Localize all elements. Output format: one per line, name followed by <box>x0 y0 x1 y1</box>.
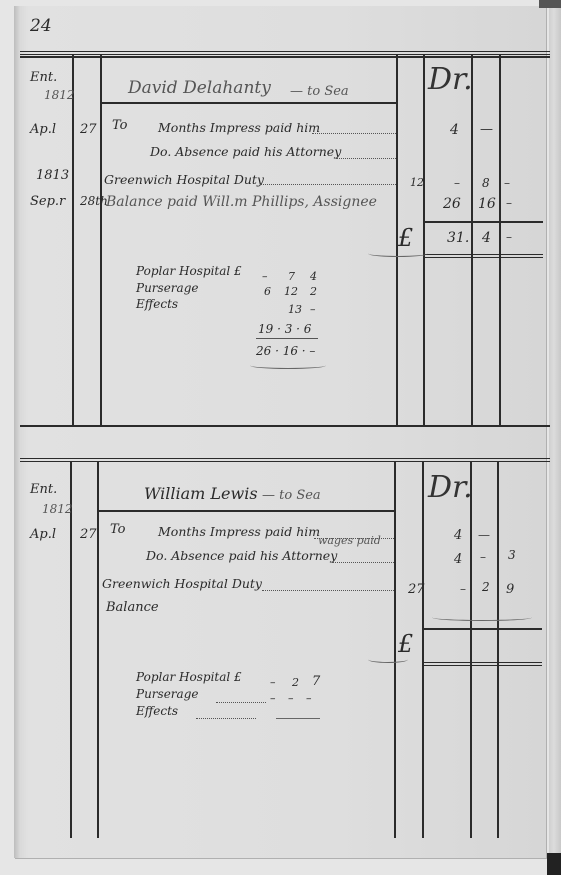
sum-rule <box>423 221 543 223</box>
total-shillings: 4 <box>482 230 491 246</box>
memo-pounds: 6 <box>264 285 271 298</box>
memo-label: Purserage <box>136 687 198 701</box>
column-divider-pounds <box>471 55 473 425</box>
total-rule-double <box>422 662 542 666</box>
leader-dots <box>312 133 396 134</box>
memo-total: 26 · 16 · – <box>256 344 315 358</box>
column-divider-date <box>72 55 74 425</box>
memo-shillings: 2 <box>292 676 299 689</box>
line-pounds: 4 <box>450 122 459 138</box>
leader-dots <box>260 184 396 185</box>
leader-dots <box>196 718 256 719</box>
line-pence: 3 <box>508 548 516 562</box>
flourish <box>368 656 408 663</box>
column-divider-date <box>70 462 72 838</box>
line-pence: 9 <box>506 582 514 597</box>
column-divider-a <box>423 55 425 425</box>
scan-border <box>547 853 561 875</box>
line-pence: – <box>504 176 510 190</box>
column-divider-shillings <box>499 55 501 425</box>
memo-label: Purserage <box>136 281 198 295</box>
entry-label: Ent. <box>30 482 57 497</box>
memo-label: Poplar Hospital £ <box>136 670 242 684</box>
line-pounds: 4 <box>454 528 462 543</box>
flourish <box>368 250 428 257</box>
memo-label: Effects <box>136 704 178 718</box>
line-prefix: To <box>112 118 128 133</box>
line-pounds: 4 <box>454 552 462 567</box>
total-pounds: 31. <box>447 230 469 246</box>
entry-year: 1812 <box>42 502 73 516</box>
line-description: Balance paid Will.m Phillips, Assignee <box>106 194 377 210</box>
line-annotation: wages paid <box>318 534 381 547</box>
column-divider-desc <box>394 462 396 838</box>
column-divider-day <box>97 462 99 838</box>
line-description: Months Impress paid him <box>158 524 320 539</box>
line-pence: – <box>506 196 512 210</box>
memo-label: Poplar Hospital £ <box>136 264 242 278</box>
scan-border <box>539 0 561 8</box>
memo-pounds: – <box>270 692 276 705</box>
memo-pounds: – <box>262 270 268 283</box>
leader-dots <box>332 562 394 563</box>
line-month: Sep.r <box>30 194 65 209</box>
memo-rule <box>256 338 318 339</box>
total-pound-symbol: £ <box>398 224 413 252</box>
memo-rule <box>276 718 320 719</box>
line-day: 27 <box>80 527 97 542</box>
line-shillings: – <box>480 550 486 564</box>
line-description: Balance <box>106 600 159 615</box>
column-divider-day <box>100 55 102 425</box>
entry-year: 1812 <box>44 88 75 102</box>
line-pounds: – <box>460 582 466 596</box>
memo-pence: – <box>306 692 312 705</box>
line-description: Do. Absence paid his Attorney <box>150 144 341 159</box>
line-year: 1813 <box>36 168 69 183</box>
name-underline <box>97 510 394 512</box>
line-shillings: 8 <box>482 176 490 190</box>
flourish <box>432 614 532 621</box>
memo-pence: – <box>310 303 316 316</box>
line-shillings: — <box>480 122 493 137</box>
total-pence: – <box>506 230 512 244</box>
debtor-heading: Dr. <box>428 62 473 97</box>
name-underline <box>100 102 396 104</box>
line-description: Do. Absence paid his Attorney <box>146 548 337 563</box>
seaman-status: — to Sea <box>290 84 349 99</box>
sum-rule <box>422 628 542 630</box>
memo-shillings: 7 <box>288 270 295 283</box>
total-rule-double <box>423 254 543 258</box>
line-shillings: 16 <box>478 196 496 212</box>
line-description: Greenwich Hospital Duty <box>104 172 264 187</box>
line-day: 28th <box>80 194 108 208</box>
line-day: 27 <box>80 122 97 137</box>
line-shillings: 2 <box>482 580 490 594</box>
memo-pence: 4 <box>310 270 317 283</box>
debtor-heading: Dr. <box>428 470 473 505</box>
column-divider-a <box>422 462 424 838</box>
line-pounds: – <box>454 176 460 190</box>
book-binding-edge <box>549 0 561 875</box>
memo-label: Effects <box>136 297 178 311</box>
seaman-name: William Lewis <box>144 484 258 503</box>
memo-pence: 7 <box>312 674 320 689</box>
memo-shillings: – <box>288 692 294 705</box>
memo-pence: 2 <box>310 285 317 298</box>
total-pound-symbol: £ <box>398 630 413 658</box>
memo-shillings: 12 <box>284 285 298 298</box>
entry-label: Ent. <box>30 70 57 85</box>
line-month: Ap.l <box>30 527 56 542</box>
section-rule <box>20 425 550 427</box>
line-pounds: 26 <box>443 196 461 212</box>
leader-dots <box>336 158 396 159</box>
column-divider-pounds <box>470 462 472 838</box>
line-description: Greenwich Hospital Duty <box>102 576 262 591</box>
leader-dots <box>262 590 394 591</box>
seaman-name: David Delahanty <box>128 78 271 98</box>
line-col-a: 12 <box>410 176 424 189</box>
leader-dots <box>216 702 266 703</box>
column-divider-shillings <box>497 462 499 838</box>
memo-shillings: 13 <box>288 303 302 316</box>
memo-subtotal: 19 · 3 · 6 <box>258 322 311 336</box>
line-prefix: To <box>110 522 126 537</box>
memo-pounds: – <box>270 676 276 689</box>
line-shillings: — <box>478 528 490 542</box>
line-col-a: 27 <box>408 582 425 597</box>
page-number: 24 <box>30 16 52 36</box>
line-description: Months Impress paid him <box>158 120 320 135</box>
flourish <box>250 362 326 369</box>
line-month: Ap.l <box>30 122 56 137</box>
seaman-status: — to Sea <box>262 488 321 503</box>
